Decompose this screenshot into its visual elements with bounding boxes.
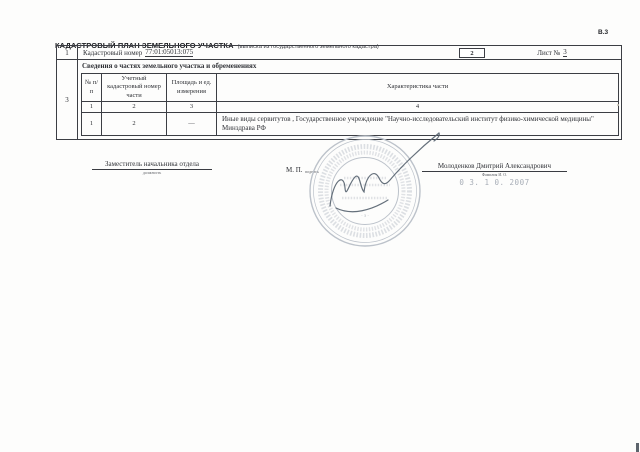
seal-center-mark: · з ·: [361, 214, 369, 219]
cadastral-number-label: Кадастровый номер: [83, 49, 142, 57]
cadastral-table: 1 Кадастровый номер 77:01:05013:075 2 Ли…: [56, 45, 622, 140]
round-seal-and-signature: · з ·: [300, 128, 448, 254]
column-header: Площадь и ед. измерения: [167, 74, 217, 102]
column-number: 3: [167, 102, 217, 113]
sheet-value: 3: [563, 48, 567, 58]
scan-speck: [617, 104, 619, 106]
form-page-number-box: 2: [459, 48, 485, 58]
sheet-number: Лист № 3: [487, 46, 617, 59]
row-index: 1: [57, 46, 77, 60]
scanned-cadastral-document: В.3 КАДАСТРОВЫЙ ПЛАН ЗЕМЕЛЬНОГО УЧАСТКА …: [0, 0, 640, 452]
column-number: 4: [217, 102, 618, 113]
handwritten-signature: [330, 133, 439, 212]
column-number: 1: [82, 102, 102, 113]
form-code-label: В.3: [598, 29, 608, 36]
cadastral-number-row: 1 Кадастровый номер 77:01:05013:075 2 Ли…: [57, 46, 621, 60]
official-position: Заместитель начальника отдела: [92, 160, 212, 170]
sheet-label: Лист №: [537, 49, 560, 57]
column-number: 2: [102, 102, 167, 113]
parts-table: № п/п Учетный кадастровый номер части Пл…: [81, 73, 619, 136]
table-row-cell: 2: [102, 113, 167, 135]
position-caption: должность: [92, 170, 212, 175]
table-row-cell: 1: [82, 113, 102, 135]
cadastral-number-value: 77:01:05013:075: [145, 48, 193, 58]
seal-rings: [310, 136, 420, 246]
column-header: Учетный кадастровый номер части: [102, 74, 167, 102]
table-row-cell: —: [167, 113, 217, 135]
column-header: № п/п: [82, 74, 102, 102]
cadastral-number: Кадастровый номер 77:01:05013:075: [83, 46, 193, 59]
column-header: Характеристика части: [217, 74, 618, 102]
section-heading: Сведения о частях земельного участка и о…: [82, 62, 256, 70]
section-index: 3: [57, 60, 77, 139]
scan-edge-artifact: [636, 443, 639, 452]
